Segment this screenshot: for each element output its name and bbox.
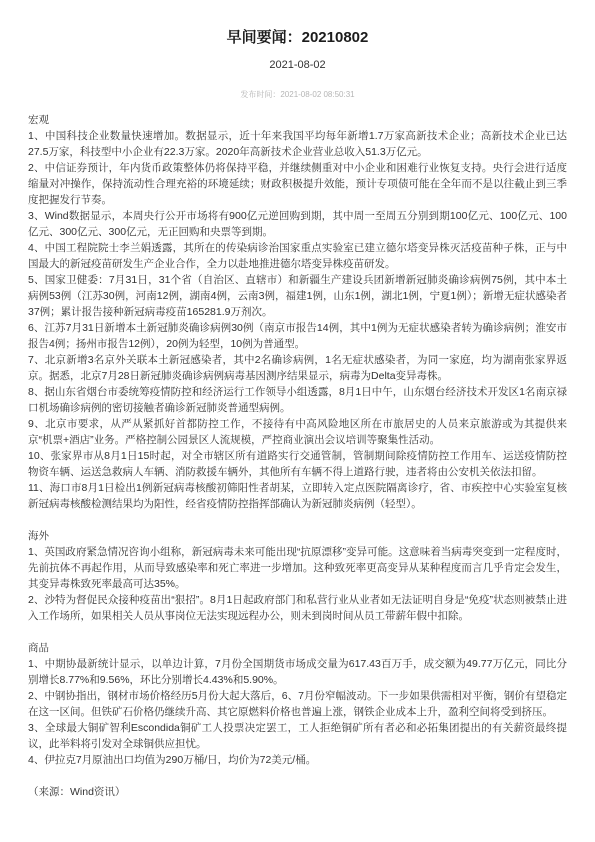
- publish-time: 发布时间：2021-08-02 08:50:31: [28, 90, 567, 99]
- news-item: 4、伊拉克7月原油出口均值为290万桶/日，均价为72美元/桶。: [28, 752, 567, 768]
- document-page: 早间要闻：20210802 2021-08-02 发布时间：2021-08-02…: [0, 0, 595, 842]
- news-item: 4、中国工程院院士李兰娟透露，其所在的传染病诊治国家重点实验室已建立德尔塔变异株…: [28, 240, 567, 272]
- news-item: 3、全球最大铜矿智利Escondida铜矿工人投票决定罢工，工人拒绝铜矿所有者必…: [28, 720, 567, 752]
- news-item: 10、张家界市从8月1日15时起，对全市辖区所有道路实行交通管制，管制期间除疫情…: [28, 448, 567, 480]
- section-heading: 海外: [28, 528, 567, 544]
- news-item: 2、沙特为督促民众接种疫苗出“狠招”。8月1日起政府部门和私营行业从业者如无法证…: [28, 592, 567, 624]
- section-heading: 商品: [28, 640, 567, 656]
- news-item: 1、中国科技企业数量快速增加。数据显示，近十年来我国平均每年新增1.7万家高新技…: [28, 128, 567, 160]
- news-item: 2、中信证券预计，年内货币政策整体仍将保持平稳，并继续侧重对中小企业和困难行业恢…: [28, 160, 567, 208]
- news-item: 5、国家卫健委：7月31日，31个省（自治区、直辖市）和新疆生产建设兵团新增新冠…: [28, 272, 567, 320]
- news-item: 7、北京新增3名京外关联本土新冠感染者，其中2名确诊病例，1名无症状感染者，为同…: [28, 352, 567, 384]
- news-item: 3、Wind数据显示，本周央行公开市场将有900亿元逆回购到期，其中周一至周五分…: [28, 208, 567, 240]
- news-item: 1、中期协最新统计显示，以单边计算，7月份全国期货市场成交量为617.43百万手…: [28, 656, 567, 688]
- document-body: 宏观1、中国科技企业数量快速增加。数据显示，近十年来我国平均每年新增1.7万家高…: [28, 112, 567, 768]
- news-item: 1、英国政府紧急情况咨询小组称，新冠病毒未来可能出现“抗原漂移”变异可能。这意味…: [28, 544, 567, 592]
- source-line: （来源：Wind资讯）: [28, 784, 567, 800]
- page-title: 早间要闻：20210802: [28, 30, 567, 46]
- news-item: 8、据山东省烟台市委统筹疫情防控和经济运行工作领导小组透露，8月1日中午，山东烟…: [28, 384, 567, 416]
- news-item: 11、海口市8月1日检出1例新冠病毒核酸初筛阳性者胡某，立即转入定点医院隔离诊疗…: [28, 480, 567, 512]
- section-heading: 宏观: [28, 112, 567, 128]
- news-item: 2、中钢协指出，钢材市场价格经历5月份大起大落后，6、7月份窄幅波动。下一步如果…: [28, 688, 567, 720]
- news-item: 6、江苏7月31日新增本土新冠肺炎确诊病例30例（南京市报告14例，其中1例为无…: [28, 320, 567, 352]
- document-date: 2021-08-02: [28, 59, 567, 71]
- news-item: 9、北京市要求，从严从紧抓好首都防控工作，不接待有中高风险地区所在市旅居史的人员…: [28, 416, 567, 448]
